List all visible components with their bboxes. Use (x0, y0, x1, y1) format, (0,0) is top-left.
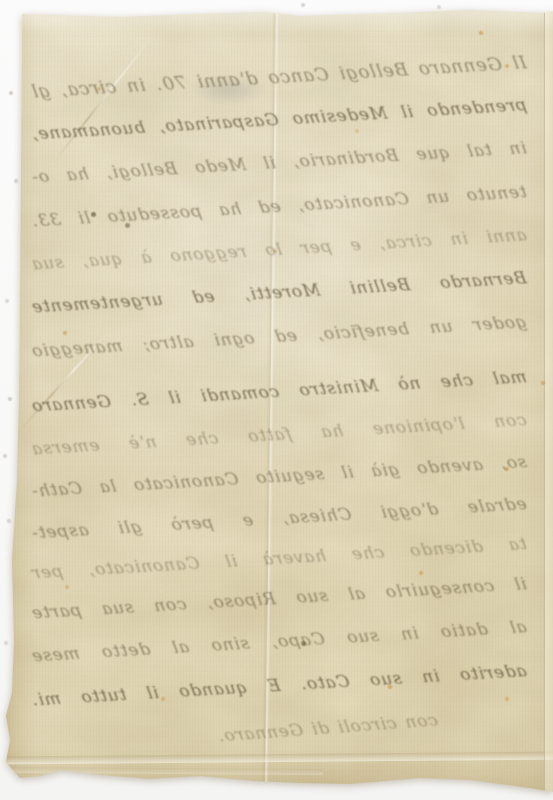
foxing-specks (6, 10, 8, 12)
bleedthrough-text-layer: Il Gennaro Bellogi Canco d'anni 70. in c… (6, 10, 553, 792)
dark-ink-blots (6, 10, 9, 13)
manuscript-page: Il Gennaro Bellogi Canco d'anni 70. in c… (6, 10, 553, 792)
handwriting-line-last: con circoli di Gennaro. (206, 708, 440, 751)
paper-shadow-wrapper: Il Gennaro Bellogi Canco d'anni 70. in c… (0, 0, 553, 800)
handwriting-line: Bernardo Bellini Moretti, ed urgentement… (29, 265, 529, 320)
handwriting-line: aderito in suo Cato. E quando il tutto m… (29, 658, 529, 713)
handwriting-line: goder un beneficio, ed ogni altro; maneg… (29, 309, 529, 364)
scan-background: Il Gennaro Bellogi Canco d'anni 70. in c… (0, 0, 553, 800)
handwriting-line: in tal que Bordinario, il Medo Bellogi, … (29, 135, 529, 190)
handwriting-line: al datio in suo Capo, sino al detto mese (29, 614, 529, 669)
